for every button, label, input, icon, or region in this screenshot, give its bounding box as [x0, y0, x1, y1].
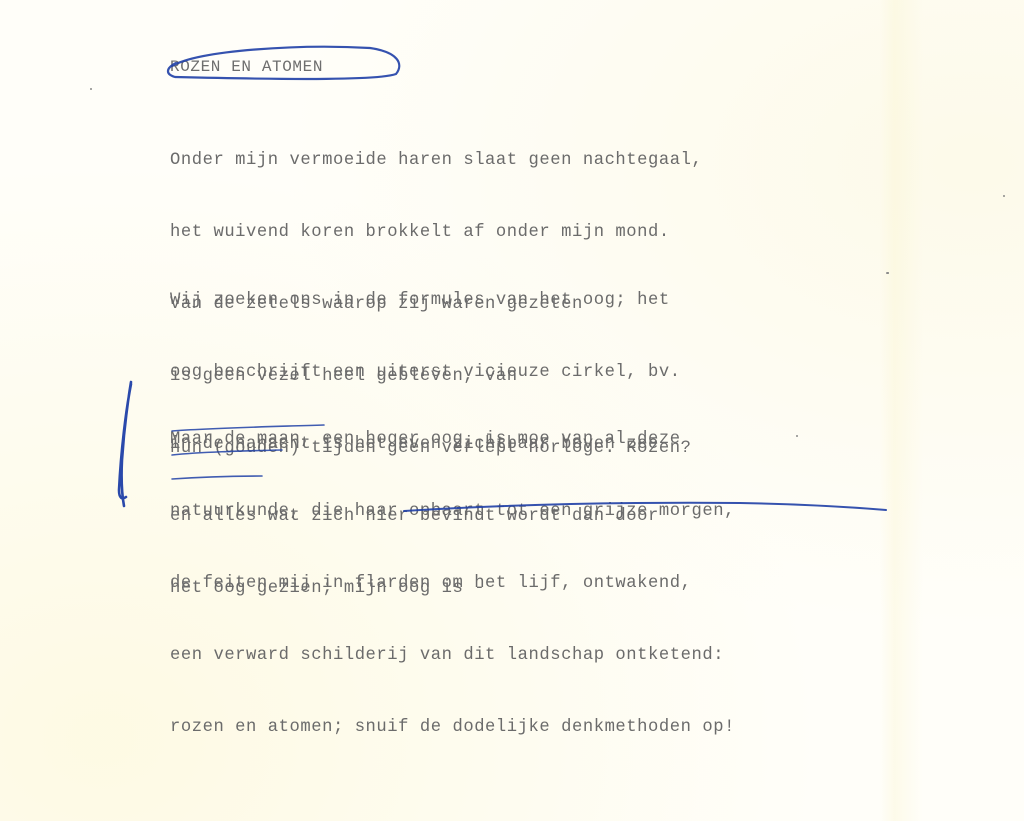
- poem-line: een verward schilderij van dit landschap…: [170, 644, 735, 668]
- stanza-3: Maar de maan, een hoger oog, is moe van …: [170, 380, 735, 764]
- paper-edge-shading: [880, 0, 1024, 821]
- poem-line: de feiten mij in flarden om het lijf, on…: [170, 572, 735, 596]
- paper-speck: [90, 88, 92, 90]
- paper-speck: [796, 435, 798, 437]
- poem-line: Wij zoeken ons in de formules van het oo…: [170, 289, 681, 313]
- poem-line: rozen en atomen; snuif de dodelijke denk…: [170, 716, 735, 740]
- poem-line: Maar de maan, een hoger oog, is moe van …: [170, 428, 735, 452]
- poem-line: Onder mijn vermoeide haren slaat geen na…: [170, 149, 702, 173]
- poem-title: ROZEN EN ATOMEN: [170, 58, 323, 76]
- paper-speck: [1003, 195, 1005, 197]
- paper-speck: [886, 272, 889, 274]
- poem-line: natuurkunde, die haar opbaart tot een gr…: [170, 500, 735, 524]
